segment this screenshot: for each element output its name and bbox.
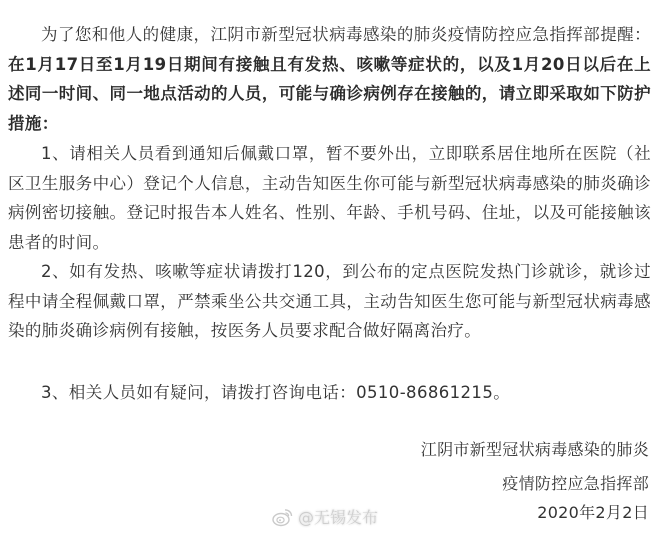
intro-normal-text: 为了您和他人的健康，江阴市新型冠状病毒感染的肺炎疫情防控应急指挥部提醒： xyxy=(41,25,651,44)
signature-org-line2: 疫情防控应急指挥部 xyxy=(502,474,649,494)
intro-paragraph: 为了您和他人的健康，江阴市新型冠状病毒感染的肺炎疫情防控应急指挥部提醒：在1月1… xyxy=(8,20,651,138)
watermark-text: @无锡发布 xyxy=(298,505,378,528)
watermark: @无锡发布 xyxy=(272,505,378,528)
measure-item-2: 2、如有发热、咳嗽等症状请拨打120，到公布的定点医院发热门诊就诊，就诊过程中请… xyxy=(8,257,651,346)
signature-org-line1: 江阴市新型冠状病毒感染的肺炎 xyxy=(421,440,649,460)
weibo-logo-icon xyxy=(272,507,294,527)
measure-item-3: 3、相关人员如有疑问，请拨打咨询电话：0510-86861215。 xyxy=(8,378,651,408)
measure-item-1: 1、请相关人员看到通知后佩戴口罩，暂不要外出，立即联系居住地所在医院（社区卫生服… xyxy=(8,139,651,257)
intro-bold-text: 在1月17日至1月19日期间有接触且有发热、咳嗽等症状的，以及1月20日以后在上… xyxy=(8,55,651,133)
signature-date: 2020年2月2日 xyxy=(537,503,649,523)
